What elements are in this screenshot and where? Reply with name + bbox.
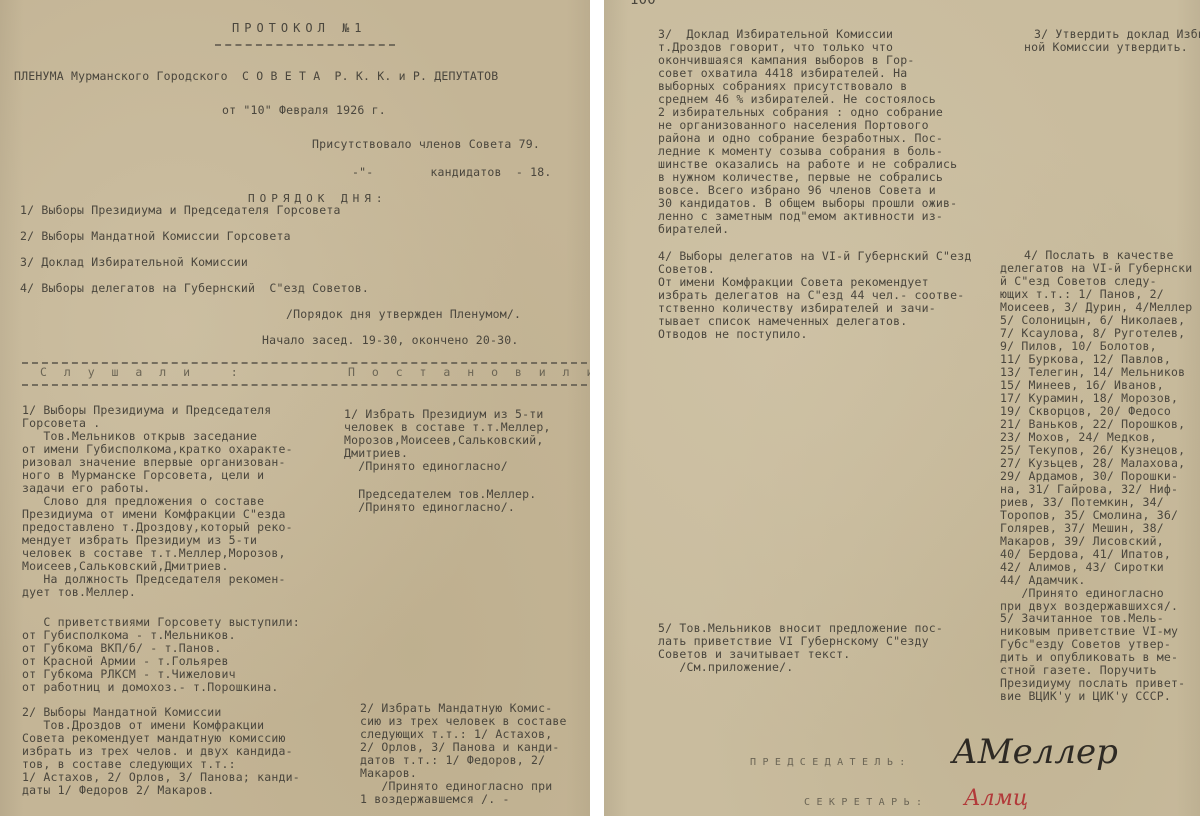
agenda-item-4: 4/ Выборы делегатов на Губернский С"езд …	[20, 282, 369, 295]
present-members: Присутствовало членов Совета 79.	[312, 138, 540, 151]
secretary-signature: Алмц	[964, 786, 1028, 811]
agenda-item-2: 2/ Выборы Мандатной Комиссии Горсовета	[20, 230, 291, 243]
present-candidates: -"- кандидатов - 18.	[352, 166, 551, 179]
text-line: 1 воздержавшемся /. -	[360, 793, 510, 806]
text-line: вие ВЦИК'у и ЦИК'у СССР.	[1000, 690, 1171, 703]
agenda-approved: /Порядок дня утвержден Пленумом/.	[286, 308, 521, 321]
agenda-item-1: 1/ Выборы Президиума и Председателя Горс…	[20, 204, 341, 217]
text-line: /См.приложение/.	[658, 661, 793, 674]
agenda-item-3: 3/ Доклад Избирательной Комиссии	[20, 256, 248, 269]
col-resolved-header: П о с т а н о в и л и :	[348, 366, 590, 379]
session-time: Начало засед. 19-30, окончено 20-30.	[262, 334, 518, 347]
subtitle-line1: ПЛЕНУМА Мурманского Городского С О В Е Т…	[14, 70, 498, 83]
secretary-label: С Е К Р Е Т А Р Ь :	[804, 796, 922, 809]
header-rule-bottom	[22, 384, 587, 386]
col-heard-header: С л у ш а л и :	[40, 366, 243, 379]
right-page: 100 3/ Доклад Избирательной Комиссии т.Д…	[604, 0, 1200, 816]
left-page: ПРОТОКОЛ №1 ПЛЕНУМА Мурманского Городско…	[0, 0, 590, 816]
text-line: /Принято единогласно/.	[344, 501, 515, 514]
text-line: ной Комиссии утвердить.	[1024, 41, 1188, 54]
chairman-label: П Р Е Д С Е Д А Т Е Л Ь :	[750, 756, 906, 769]
header-rule-top	[22, 362, 587, 364]
protocol-title: ПРОТОКОЛ №1	[232, 22, 366, 35]
title-underline	[215, 44, 395, 46]
text-line: бирателей.	[658, 223, 729, 236]
text-line: дует тов.Меллер.	[22, 586, 136, 599]
chairman-signature: АМеллер	[952, 732, 1118, 772]
text-line: /Принято единогласно/	[344, 460, 508, 473]
meeting-date: от "10" Февраля 1926 г.	[222, 104, 386, 117]
page-number: 100	[630, 0, 656, 7]
text-line: даты 1/ Федоров 2/ Макаров.	[22, 784, 214, 797]
text-line: Отводов не поступило.	[658, 328, 808, 341]
text-line: от работниц и домохоз.- т.Порошкина.	[22, 681, 278, 694]
